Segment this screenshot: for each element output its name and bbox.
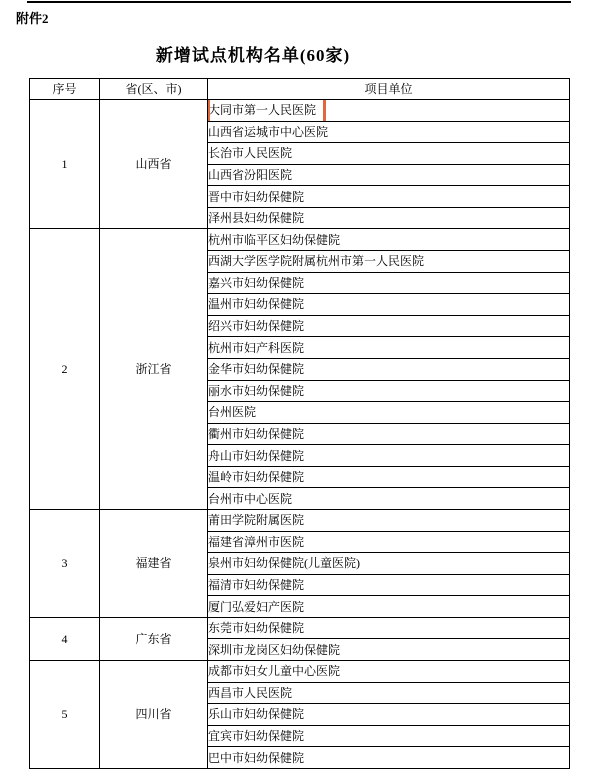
unit-cell: 山西省运城市中心医院 bbox=[208, 121, 570, 143]
unit-cell: 东莞市妇幼保健院 bbox=[208, 617, 570, 639]
seq-cell: 1 bbox=[30, 100, 100, 229]
unit-text: 福清市妇幼保健院 bbox=[208, 578, 304, 592]
unit-text: 长治市人民医院 bbox=[208, 146, 292, 160]
unit-cell: 温州市妇幼保健院 bbox=[208, 294, 570, 316]
table-body: 1山西省大同市第一人民医院山西省运城市中心医院长治市人民医院山西省汾阳医院晋中市… bbox=[30, 100, 570, 769]
seq-cell: 2 bbox=[30, 229, 100, 510]
unit-cell: 泽州县妇幼保健院 bbox=[208, 207, 570, 229]
unit-cell: 福清市妇幼保健院 bbox=[208, 574, 570, 596]
table-row: 3福建省莆田学院附属医院 bbox=[30, 509, 570, 531]
unit-text: 舟山市妇幼保健院 bbox=[208, 449, 304, 463]
header-unit: 项目单位 bbox=[208, 79, 570, 100]
unit-cell: 西昌市人民医院 bbox=[208, 682, 570, 704]
table-row: 5四川省成都市妇女儿童中心医院 bbox=[30, 661, 570, 683]
unit-cell: 台州医院 bbox=[208, 402, 570, 424]
unit-text: 金华市妇幼保健院 bbox=[208, 362, 304, 376]
unit-cell: 杭州市妇产科医院 bbox=[208, 337, 570, 359]
unit-cell: 福建省漳州市医院 bbox=[208, 531, 570, 553]
unit-text: 莆田学院附属医院 bbox=[208, 513, 304, 527]
seq-cell: 5 bbox=[30, 661, 100, 769]
unit-cell: 金华市妇幼保健院 bbox=[208, 358, 570, 380]
page-title: 新增试点机构名单(60家) bbox=[0, 41, 506, 66]
unit-cell: 成都市妇女儿童中心医院 bbox=[208, 661, 570, 683]
unit-cell: 西湖大学医学院附属杭州市第一人民医院 bbox=[208, 251, 570, 273]
province-cell: 浙江省 bbox=[100, 229, 208, 510]
attachment-label: 附件2 bbox=[16, 8, 49, 27]
unit-text: 乐山市妇幼保健院 bbox=[208, 707, 304, 721]
unit-cell: 衢州市妇幼保健院 bbox=[208, 423, 570, 445]
unit-cell: 山西省汾阳医院 bbox=[208, 164, 570, 186]
unit-cell: 嘉兴市妇幼保健院 bbox=[208, 272, 570, 294]
seq-cell: 4 bbox=[30, 617, 100, 660]
unit-cell: 大同市第一人民医院 bbox=[208, 100, 570, 122]
unit-cell: 杭州市临平区妇幼保健院 bbox=[208, 229, 570, 251]
unit-text: 西昌市人民医院 bbox=[208, 686, 292, 700]
unit-cell: 巴中市妇幼保健院 bbox=[208, 747, 570, 769]
unit-cell: 绍兴市妇幼保健院 bbox=[208, 315, 570, 337]
province-cell: 福建省 bbox=[100, 509, 208, 617]
unit-text: 温岭市妇幼保健院 bbox=[208, 470, 304, 484]
unit-text: 泽州县妇幼保健院 bbox=[208, 211, 304, 225]
table-row: 1山西省大同市第一人民医院 bbox=[30, 100, 570, 122]
unit-cell: 晋中市妇幼保健院 bbox=[208, 186, 570, 208]
units-table: 序号 省(区、市) 项目单位 1山西省大同市第一人民医院山西省运城市中心医院长治… bbox=[29, 78, 570, 769]
province-cell: 四川省 bbox=[100, 661, 208, 769]
header-province: 省(区、市) bbox=[100, 79, 208, 100]
unit-text: 成都市妇女儿童中心医院 bbox=[208, 664, 340, 678]
unit-text: 温州市妇幼保健院 bbox=[208, 297, 304, 311]
unit-text: 巴中市妇幼保健院 bbox=[208, 751, 304, 765]
unit-text: 绍兴市妇幼保健院 bbox=[208, 319, 304, 333]
unit-text: 西湖大学医学院附属杭州市第一人民医院 bbox=[208, 254, 424, 268]
unit-text: 丽水市妇幼保健院 bbox=[208, 384, 304, 398]
seq-cell: 3 bbox=[30, 509, 100, 617]
unit-text: 台州医院 bbox=[208, 405, 256, 419]
table-row: 4广东省东莞市妇幼保健院 bbox=[30, 617, 570, 639]
unit-text: 东莞市妇幼保健院 bbox=[208, 621, 304, 635]
unit-cell: 长治市人民医院 bbox=[208, 143, 570, 165]
unit-text: 福建省漳州市医院 bbox=[208, 535, 304, 549]
province-cell: 山西省 bbox=[100, 100, 208, 229]
header-seq: 序号 bbox=[30, 79, 100, 100]
unit-cell: 温岭市妇幼保健院 bbox=[208, 466, 570, 488]
unit-text: 山西省运城市中心医院 bbox=[208, 125, 328, 139]
unit-text: 深圳市龙岗区妇幼保健院 bbox=[208, 643, 340, 657]
unit-cell: 泉州市妇幼保健院(儿童医院) bbox=[208, 553, 570, 575]
unit-cell: 丽水市妇幼保健院 bbox=[208, 380, 570, 402]
unit-cell: 深圳市龙岗区妇幼保健院 bbox=[208, 639, 570, 661]
unit-text: 嘉兴市妇幼保健院 bbox=[208, 276, 304, 290]
unit-text: 厦门弘爱妇产医院 bbox=[208, 600, 304, 614]
unit-text: 大同市第一人民医院 bbox=[208, 103, 316, 117]
unit-cell: 宜宾市妇幼保健院 bbox=[208, 725, 570, 747]
table-row: 2浙江省杭州市临平区妇幼保健院 bbox=[30, 229, 570, 251]
unit-cell: 厦门弘爱妇产医院 bbox=[208, 596, 570, 618]
top-rule bbox=[27, 1, 571, 3]
unit-cell: 舟山市妇幼保健院 bbox=[208, 445, 570, 467]
unit-cell: 莆田学院附属医院 bbox=[208, 509, 570, 531]
unit-text: 山西省汾阳医院 bbox=[208, 168, 292, 182]
unit-text: 杭州市临平区妇幼保健院 bbox=[208, 233, 340, 247]
unit-text: 宜宾市妇幼保健院 bbox=[208, 729, 304, 743]
unit-text: 杭州市妇产科医院 bbox=[208, 341, 304, 355]
unit-cell: 台州市中心医院 bbox=[208, 488, 570, 510]
unit-cell: 乐山市妇幼保健院 bbox=[208, 704, 570, 726]
unit-text: 泉州市妇幼保健院(儿童医院) bbox=[208, 556, 360, 570]
document-page: { "page": { "attachment_label": "附件2", "… bbox=[0, 0, 592, 784]
unit-text: 晋中市妇幼保健院 bbox=[208, 190, 304, 204]
province-cell: 广东省 bbox=[100, 617, 208, 660]
unit-text: 台州市中心医院 bbox=[208, 492, 292, 506]
header-row: 序号 省(区、市) 项目单位 bbox=[30, 79, 570, 100]
unit-text: 衢州市妇幼保健院 bbox=[208, 427, 304, 441]
